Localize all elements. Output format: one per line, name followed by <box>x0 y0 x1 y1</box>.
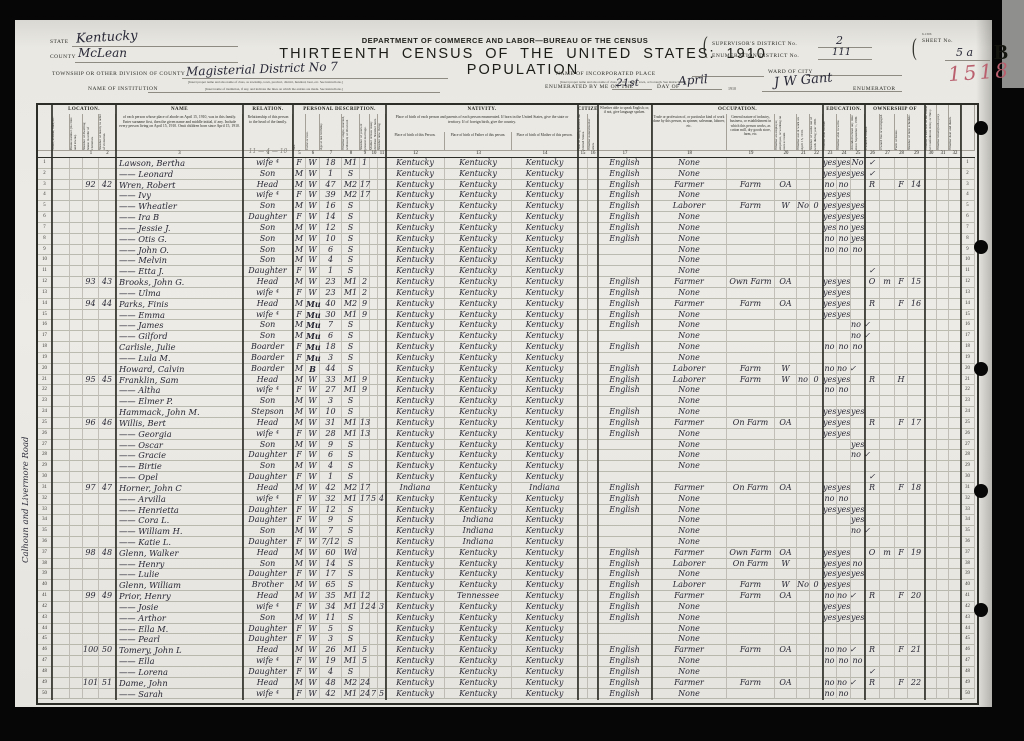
cell-yrs: 5 <box>360 645 370 656</box>
cell-fh: F <box>895 277 908 288</box>
cell-wr: no ✓ <box>837 364 851 375</box>
cell-pob: Kentucky <box>386 201 445 212</box>
cell-name: —— Jessie J. <box>116 223 243 234</box>
cell-house <box>70 331 83 342</box>
table-body: 1Lawson, Berthawife ⁴FW18M11KentuckyKent… <box>38 158 975 700</box>
cell-cb <box>370 385 378 396</box>
cell-wr: no <box>837 234 851 245</box>
cell-bl <box>937 537 949 548</box>
cell-wr: no ✓ <box>837 678 851 689</box>
cell-ind <box>727 223 775 234</box>
cell-sex: M <box>293 331 306 342</box>
cell-house <box>70 678 83 689</box>
cell-cb <box>370 656 378 667</box>
cell-lang <box>598 634 652 645</box>
cell-age: 47 <box>320 180 342 191</box>
cell-mo <box>880 515 895 526</box>
cell-house <box>70 277 83 288</box>
cell-bl <box>937 364 949 375</box>
cell-color: Mu <box>306 320 320 331</box>
cell-nat <box>588 645 598 656</box>
cell-imm <box>578 234 588 245</box>
cell-pof: Kentucky <box>445 634 512 645</box>
cell-fam: 51 <box>99 678 116 689</box>
cell-cb <box>370 580 378 591</box>
cell-rel: Son <box>243 559 293 570</box>
cell-street <box>52 450 70 461</box>
cell-sch <box>851 396 865 407</box>
cell-occ: None <box>652 461 727 472</box>
cell-wr: yes <box>837 158 851 169</box>
cell-occ: Farmer <box>652 299 727 310</box>
cell-fam <box>99 494 116 505</box>
cell-mo <box>880 299 895 310</box>
cell-emp <box>775 407 797 418</box>
cell-df <box>949 331 961 342</box>
cell-sch: yes <box>851 169 865 180</box>
cell-fno <box>908 385 925 396</box>
cell-fh <box>895 331 908 342</box>
row-number: 12 <box>961 277 975 288</box>
cell-df <box>949 234 961 245</box>
cell-pob: Kentucky <box>386 320 445 331</box>
cell-cl <box>378 180 386 191</box>
cell-war <box>925 505 937 516</box>
cell-ind <box>727 310 775 321</box>
cell-bl <box>937 656 949 667</box>
cell-ow <box>797 266 810 277</box>
cell-house <box>70 180 83 191</box>
cell-df <box>949 255 961 266</box>
cell-war <box>925 375 937 386</box>
cell-sch <box>851 591 865 602</box>
cell-pof: Kentucky <box>445 440 512 451</box>
cell-ow <box>797 656 810 667</box>
cell-fh <box>895 353 908 364</box>
cell-cb <box>370 245 378 256</box>
cell-lang: English <box>598 613 652 624</box>
cell-sex: F <box>293 342 306 353</box>
cell-age: 7/12 <box>320 537 342 548</box>
cell-fno <box>908 396 925 407</box>
cell-wr: yes <box>837 429 851 440</box>
cell-fam <box>99 201 116 212</box>
cell-war <box>925 266 937 277</box>
col-label-lang: Whether able to speak English; or, if no… <box>598 105 651 150</box>
cell-ow <box>797 396 810 407</box>
cell-war <box>925 613 937 624</box>
cell-lang <box>598 515 652 526</box>
cell-name: Parks, Finis <box>116 299 243 310</box>
cell-df <box>949 353 961 364</box>
cell-cl <box>378 320 386 331</box>
cell-sch <box>851 385 865 396</box>
enumeration-line <box>818 59 872 60</box>
cell-mo <box>880 266 895 277</box>
cell-mar: M1 <box>342 158 360 169</box>
cell-fam <box>99 580 116 591</box>
cell-bl <box>937 234 949 245</box>
cell-pom: Kentucky <box>512 689 578 700</box>
cell-sch: no ✓ <box>851 450 865 461</box>
cell-mo <box>880 634 895 645</box>
cell-pom: Kentucky <box>512 234 578 245</box>
cell-df <box>949 299 961 310</box>
cell-war <box>925 689 937 700</box>
cell-pof: Kentucky <box>445 548 512 559</box>
cell-pob: Kentucky <box>386 223 445 234</box>
cell-sex: F <box>293 656 306 667</box>
cell-sex: F <box>293 624 306 635</box>
cell-pob: Kentucky <box>386 634 445 645</box>
cell-emp <box>775 505 797 516</box>
cell-or <box>865 385 880 396</box>
cell-rd: yes <box>823 559 837 570</box>
cell-war <box>925 624 937 635</box>
cell-imm <box>578 515 588 526</box>
cell-mar: S <box>342 450 360 461</box>
cell-fh <box>895 656 908 667</box>
cell-pof: Kentucky <box>445 375 512 386</box>
cell-house <box>70 396 83 407</box>
cell-war <box>925 440 937 451</box>
cell-mo <box>880 440 895 451</box>
cell-sex: M <box>293 277 306 288</box>
cell-fno: 15 <box>908 277 925 288</box>
cell-wk <box>810 548 823 559</box>
cell-war <box>925 310 937 321</box>
cell-sch <box>851 299 865 310</box>
cell-age: 60 <box>320 548 342 559</box>
cell-pof: Kentucky <box>445 299 512 310</box>
cell-rel: Son <box>243 245 293 256</box>
cell-fno <box>908 234 925 245</box>
cell-or <box>865 201 880 212</box>
row-number: 9 <box>961 245 975 256</box>
cell-street <box>52 190 70 201</box>
cell-fh <box>895 201 908 212</box>
cell-cl <box>378 277 386 288</box>
cell-dw <box>83 580 99 591</box>
cell-bl <box>937 450 949 461</box>
cell-fam <box>99 310 116 321</box>
cell-cb <box>370 429 378 440</box>
cell-mo <box>880 364 895 375</box>
cell-house <box>70 494 83 505</box>
cell-age: 7 <box>320 526 342 537</box>
sheet-value: 5 a <box>956 46 973 59</box>
cell-wr: no <box>837 385 851 396</box>
cell-emp: OA <box>775 180 797 191</box>
cell-rd <box>823 634 837 645</box>
cell-sch <box>851 180 865 191</box>
row-number: 50 <box>38 689 52 700</box>
cell-bl <box>937 245 949 256</box>
cell-wk <box>810 656 823 667</box>
cell-emp <box>775 331 797 342</box>
cell-lang: English <box>598 158 652 169</box>
cell-pof: Kentucky <box>445 472 512 483</box>
cell-ow <box>797 310 810 321</box>
cell-rd <box>823 526 837 537</box>
cell-dw <box>83 472 99 483</box>
cell-dw <box>83 656 99 667</box>
cell-name: —— Sarah <box>116 689 243 700</box>
cell-name: —— Arvilla <box>116 494 243 505</box>
cell-mo <box>880 591 895 602</box>
cell-house <box>70 266 83 277</box>
cell-mo <box>880 190 895 201</box>
cell-age: 1 <box>320 472 342 483</box>
cell-ow <box>797 212 810 223</box>
row-number: 18 <box>961 342 975 353</box>
cell-pom: Kentucky <box>512 288 578 299</box>
cell-lang: English <box>598 288 652 299</box>
cell-age: 28 <box>320 429 342 440</box>
cell-mar: S <box>342 634 360 645</box>
cell-wr: yes <box>837 277 851 288</box>
cell-sch: no ✓ <box>851 331 865 342</box>
cell-pof: Kentucky <box>445 429 512 440</box>
cell-occ: None <box>652 602 727 613</box>
cell-cl <box>378 331 386 342</box>
cell-cl: 5 <box>378 689 386 700</box>
cell-war <box>925 385 937 396</box>
cell-fno <box>908 505 925 516</box>
cell-war <box>925 342 937 353</box>
cell-dw <box>83 288 99 299</box>
cell-mo <box>880 320 895 331</box>
cell-wk <box>810 515 823 526</box>
cell-pof: Indiana <box>445 526 512 537</box>
cell-pom: Indiana <box>512 483 578 494</box>
cell-house <box>70 342 83 353</box>
cell-lang <box>598 450 652 461</box>
cell-pom: Kentucky <box>512 320 578 331</box>
cell-rd <box>823 515 837 526</box>
cell-rd: yes <box>823 288 837 299</box>
cell-occ: None <box>652 396 727 407</box>
row-number: 43 <box>38 613 52 624</box>
cell-occ: None <box>652 385 727 396</box>
col-label-wr: Whether able to write. <box>837 114 850 150</box>
cell-nat <box>588 299 598 310</box>
cell-yrs <box>360 472 370 483</box>
cell-rel: wife ⁴ <box>243 429 293 440</box>
cell-name: Hammack, John M. <box>116 407 243 418</box>
cell-fh <box>895 429 908 440</box>
cell-street <box>52 223 70 234</box>
cell-ow <box>797 548 810 559</box>
cell-house <box>70 440 83 451</box>
col-label-war: Whether a survivor of the Union or Confe… <box>925 105 936 150</box>
cell-ow <box>797 559 810 570</box>
col-header-age: Age at last birthday. <box>320 114 342 150</box>
cell-cb <box>370 299 378 310</box>
cell-emp <box>775 624 797 635</box>
state-label: STATE <box>50 39 69 45</box>
col-label-emp: Whether an employer, employee, or workin… <box>775 114 796 150</box>
cell-name: —— William H. <box>116 526 243 537</box>
cell-sch <box>851 310 865 321</box>
cell-war <box>925 580 937 591</box>
cell-mar: S <box>342 407 360 418</box>
cell-street <box>52 559 70 570</box>
cell-fno <box>908 310 925 321</box>
cell-wr: no <box>837 656 851 667</box>
cell-pom: Kentucky <box>512 678 578 689</box>
cell-imm <box>578 375 588 386</box>
cell-yrs <box>360 353 370 364</box>
row-number: 11 <box>38 266 52 277</box>
cell-imm <box>578 613 588 624</box>
col-label-mo: Owned free or mortgaged. <box>880 114 894 150</box>
cell-df <box>949 375 961 386</box>
cell-house <box>70 201 83 212</box>
cell-yrs: 17 <box>360 494 370 505</box>
cell-ow <box>797 158 810 169</box>
cell-yrs <box>360 537 370 548</box>
cell-cb <box>370 515 378 526</box>
cell-wk <box>810 472 823 483</box>
cell-lang: English <box>598 342 652 353</box>
sheet-brace: ( <box>912 36 917 63</box>
cell-bl <box>937 689 949 700</box>
cell-imm <box>578 689 588 700</box>
cell-wk <box>810 180 823 191</box>
cell-nat <box>588 385 598 396</box>
col-label-bl: Whether blind (both eyes). <box>937 105 948 150</box>
cell-cl <box>378 158 386 169</box>
cell-war <box>925 472 937 483</box>
row-number: 29 <box>38 461 52 472</box>
cell-lang <box>598 353 652 364</box>
cell-pof: Kentucky <box>445 201 512 212</box>
cell-name: Prior, Henry <box>116 591 243 602</box>
cell-yrs <box>360 613 370 624</box>
cell-mar: M1 <box>342 656 360 667</box>
cell-fh <box>895 667 908 678</box>
cell-fno <box>908 461 925 472</box>
cell-age: 19 <box>320 656 342 667</box>
cell-bl <box>937 634 949 645</box>
cell-fno <box>908 331 925 342</box>
cell-war <box>925 180 937 191</box>
cell-rel: Head <box>243 678 293 689</box>
cell-color: W <box>306 169 320 180</box>
cell-sch <box>851 548 865 559</box>
cell-color: W <box>306 450 320 461</box>
row-number: 26 <box>961 429 975 440</box>
cell-age: 26 <box>320 645 342 656</box>
cell-lang <box>598 461 652 472</box>
cell-rd: no <box>823 689 837 700</box>
cell-fno <box>908 429 925 440</box>
cell-cb <box>370 440 378 451</box>
cell-emp <box>775 310 797 321</box>
cell-fh <box>895 559 908 570</box>
cell-sex: M <box>293 255 306 266</box>
cell-rd: yes <box>823 158 837 169</box>
cell-fam <box>99 158 116 169</box>
cell-wk <box>810 277 823 288</box>
cell-war <box>925 255 937 266</box>
cell-yrs <box>360 634 370 645</box>
cell-fh <box>895 689 908 700</box>
cell-ow <box>797 591 810 602</box>
col-label-pob: Place of birth of this Person. <box>386 132 444 150</box>
cell-house <box>70 559 83 570</box>
cell-ind <box>727 537 775 548</box>
cell-rd: yes <box>823 212 837 223</box>
cell-bl <box>937 255 949 266</box>
cell-bl <box>937 645 949 656</box>
cell-or <box>865 450 880 461</box>
cell-name: —— Etta J. <box>116 266 243 277</box>
cell-nat <box>588 472 598 483</box>
cell-ow: No <box>797 201 810 212</box>
cell-pob: Kentucky <box>386 505 445 516</box>
enumeration-district-label: ENUMERATION DISTRICT No. <box>712 53 799 59</box>
cell-nat <box>588 223 598 234</box>
cell-df <box>949 667 961 678</box>
cell-pof: Kentucky <box>445 266 512 277</box>
cell-mar: M1 <box>342 429 360 440</box>
row-number: 22 <box>38 385 52 396</box>
cell-rd: yes <box>823 580 837 591</box>
cell-sch: no ✓ <box>851 526 865 537</box>
cell-sch <box>851 624 865 635</box>
cell-rd: no <box>823 234 837 245</box>
cell-color: W <box>306 245 320 256</box>
cell-name: —— John O. <box>116 245 243 256</box>
cell-or <box>865 537 880 548</box>
cell-ind <box>727 320 775 331</box>
cell-ow <box>797 678 810 689</box>
row-number: 9 <box>38 245 52 256</box>
cell-imm <box>578 353 588 364</box>
cell-df <box>949 190 961 201</box>
cell-war <box>925 353 937 364</box>
cell-mo <box>880 602 895 613</box>
cell-fam <box>99 407 116 418</box>
cell-imm <box>578 277 588 288</box>
cell-street <box>52 667 70 678</box>
cell-df <box>949 613 961 624</box>
cell-or <box>865 288 880 299</box>
cell-cb <box>370 353 378 364</box>
cell-rel: Boarder <box>243 342 293 353</box>
cell-war <box>925 331 937 342</box>
cell-rd <box>823 440 837 451</box>
cell-yrs <box>360 364 370 375</box>
enumeration-district-value: 111 <box>832 47 851 58</box>
cell-street <box>52 212 70 223</box>
cell-occ: None <box>652 353 727 364</box>
cell-lang <box>598 255 652 266</box>
cell-pom: Kentucky <box>512 429 578 440</box>
cell-color: W <box>306 483 320 494</box>
cell-pob: Kentucky <box>386 288 445 299</box>
cell-pom: Kentucky <box>512 624 578 635</box>
cell-pom: Kentucky <box>512 266 578 277</box>
row-number: 15 <box>38 310 52 321</box>
cell-emp <box>775 656 797 667</box>
cell-war <box>925 320 937 331</box>
cell-fam <box>99 667 116 678</box>
cell-lang: English <box>598 385 652 396</box>
cell-or <box>865 223 880 234</box>
